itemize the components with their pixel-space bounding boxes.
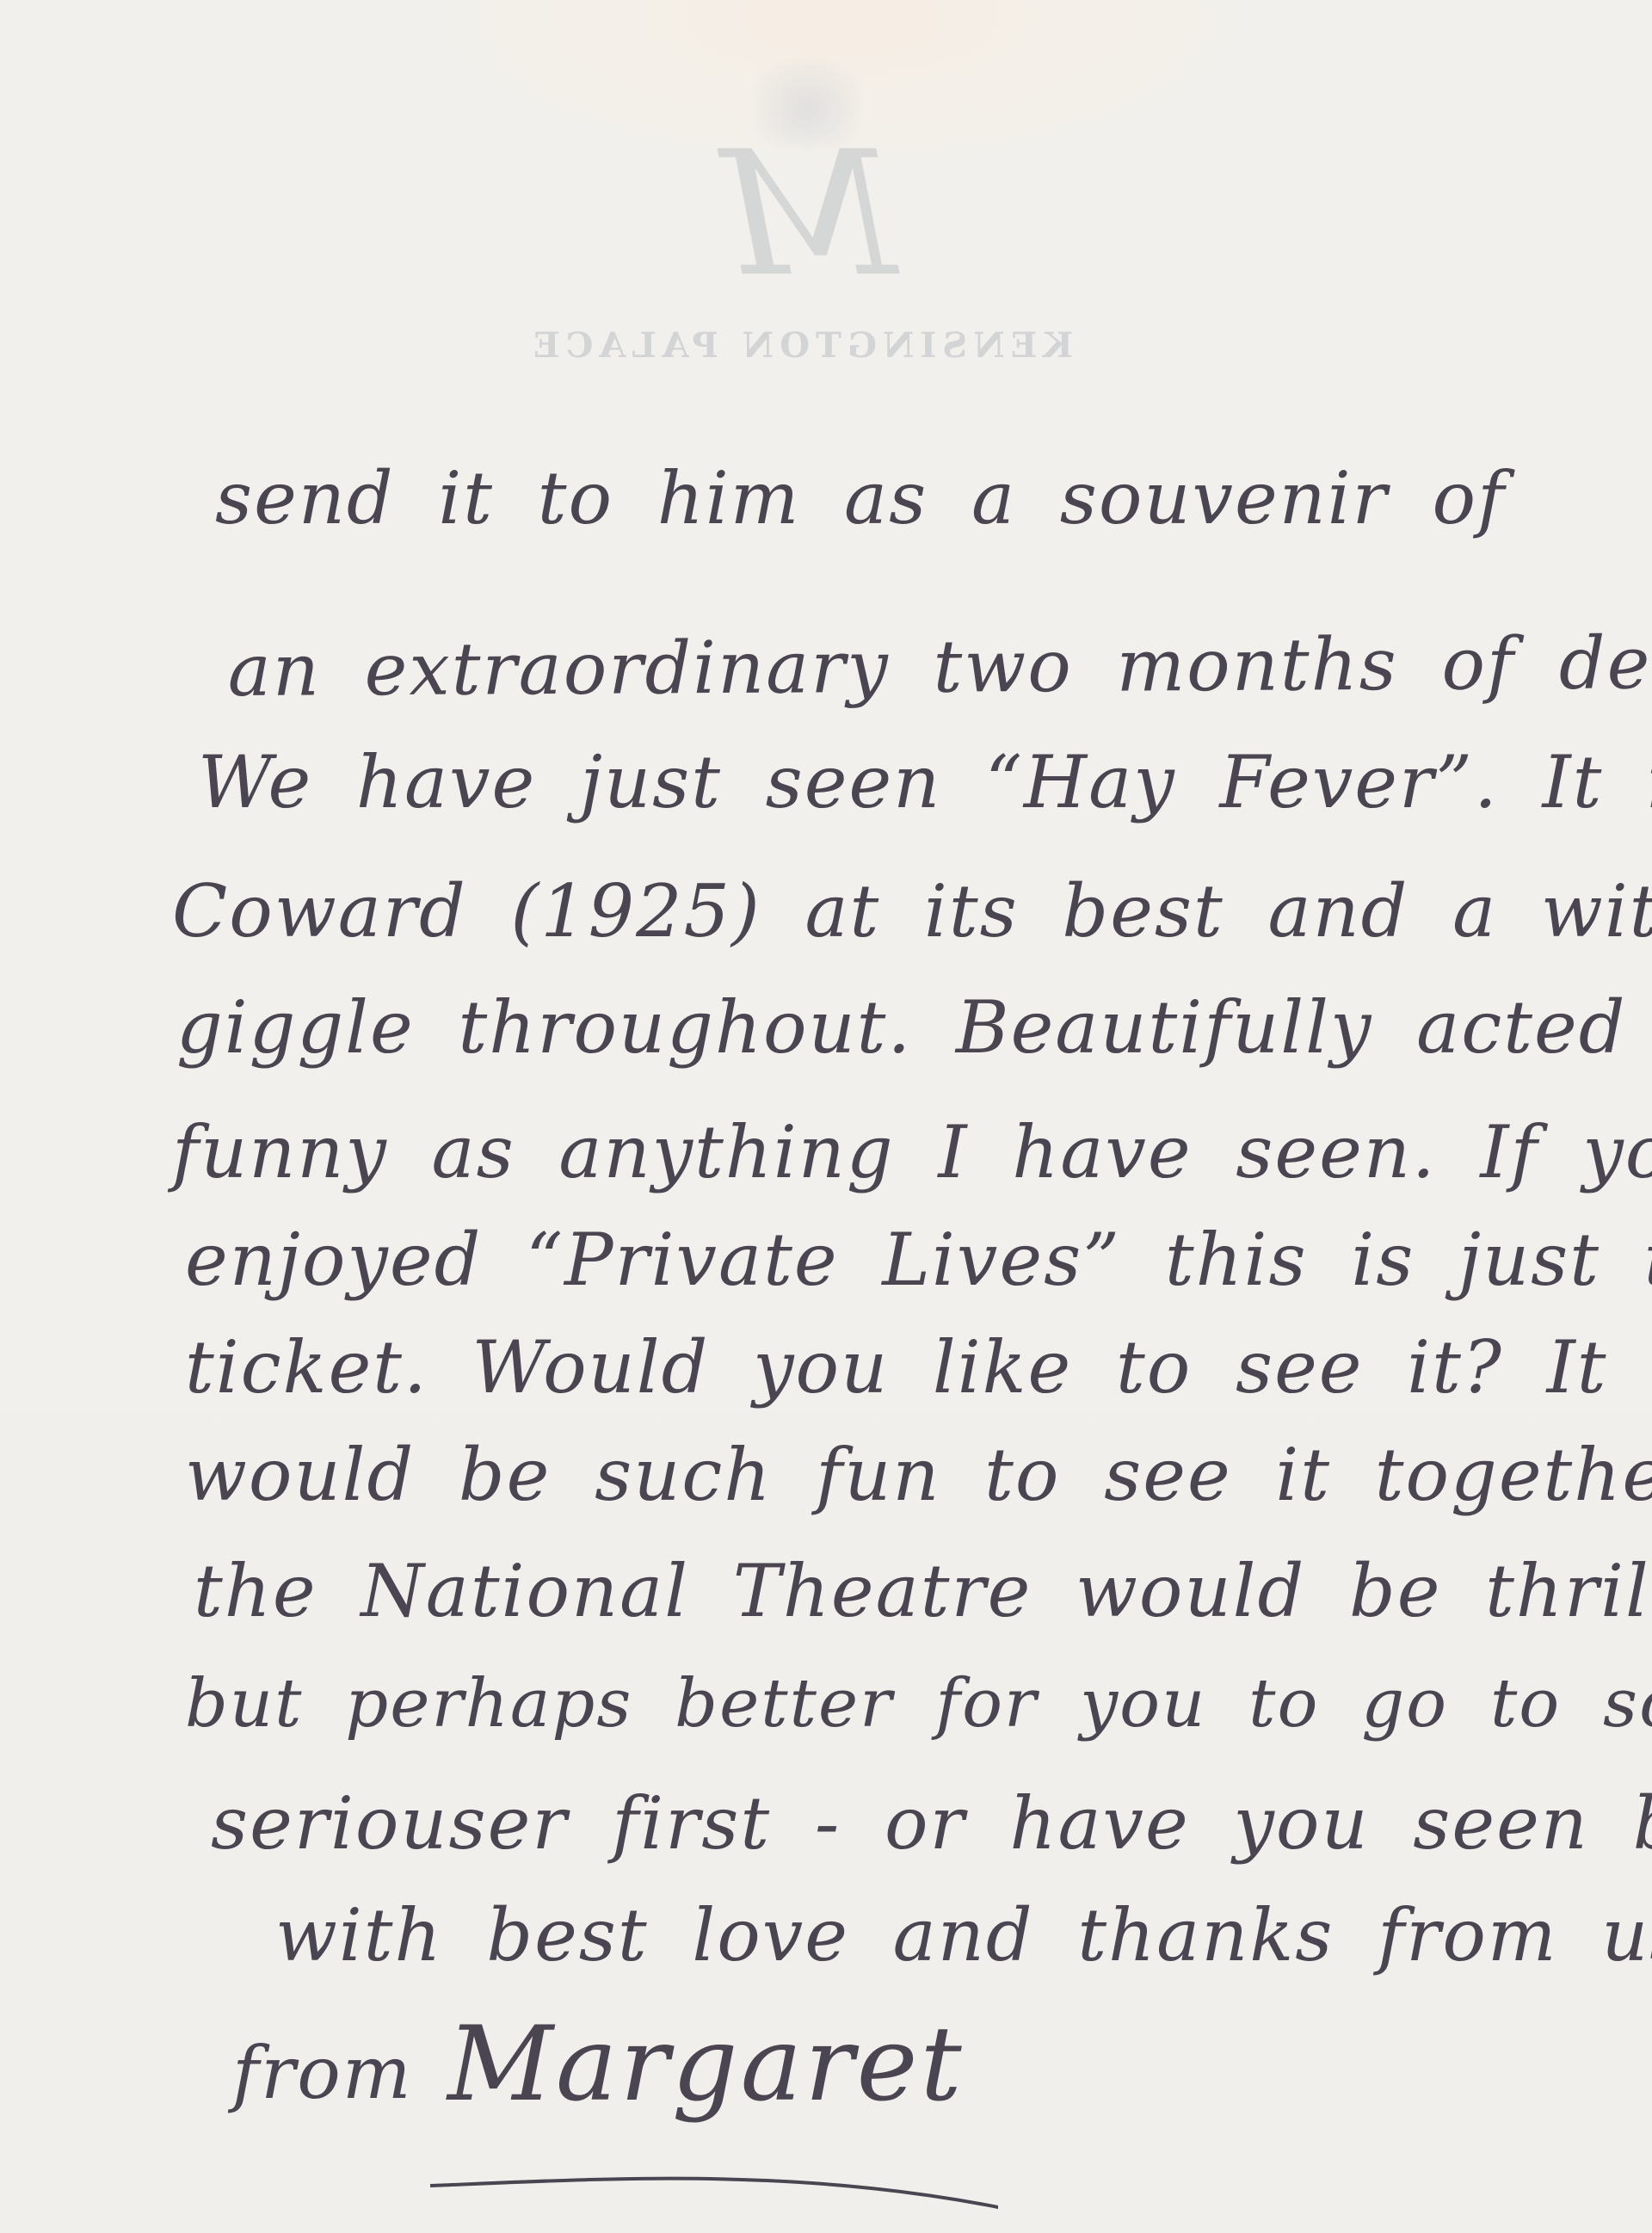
- body-line-13: with best love and thanks from us all: [275, 1893, 1652, 1977]
- body-line-5: giggle throughout. Beautifully acted and: [176, 985, 1652, 1070]
- body-line-7: enjoyed “Private Lives” this is just the: [185, 1218, 1652, 1302]
- body-line-11: but perhaps better for you to go to some…: [185, 1665, 1652, 1743]
- body-line-2: an extraordinary two months of delivery …: [227, 620, 1652, 712]
- body-line-1: send it to him as a souvenir of: [215, 456, 1506, 540]
- body-line-10: the National Theatre would be thrilled -: [194, 1549, 1652, 1633]
- body-line-12: seriouser first - or have you seen befor…: [211, 1781, 1652, 1866]
- monogram-m: M: [714, 129, 903, 301]
- signature: Margaret: [447, 2005, 965, 2125]
- body-line-4: Coward (1925) at its best and a witty: [172, 869, 1652, 953]
- body-line-6: funny as anything I have seen. If you: [172, 1110, 1652, 1194]
- letterhead-address: KENSINGTON PALACE: [516, 325, 1084, 366]
- signature-underline: [430, 2168, 998, 2220]
- body-line-9: would be such fun to see it together and: [185, 1433, 1652, 1517]
- body-line-8: ticket. Would you like to see it? It: [185, 1325, 1608, 1410]
- body-line-3: We have just seen “Hay Fever”. It is: [198, 740, 1652, 824]
- closing-from: from: [232, 2031, 412, 2115]
- show-through-date: [138, 172, 499, 361]
